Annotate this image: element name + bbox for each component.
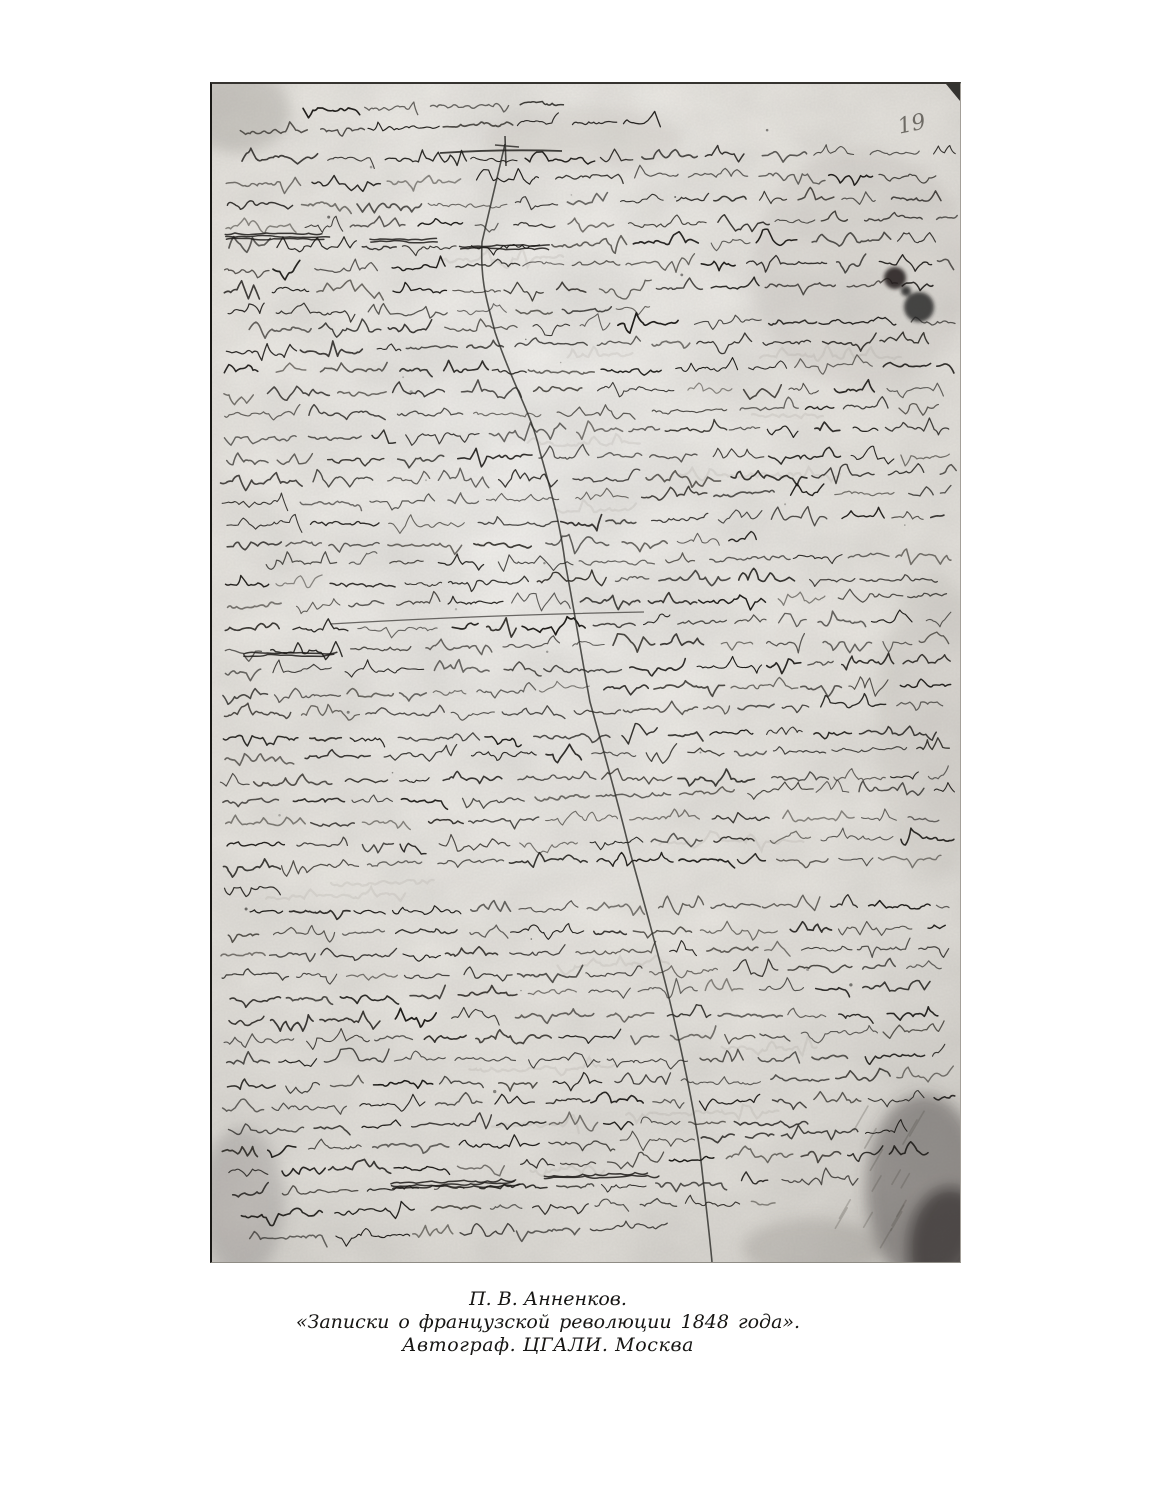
book-page: 19 П. В. Анненков. «Записки о французско… [0, 0, 1176, 1500]
caption-title: «Записки о французской революции 1848 го… [0, 1311, 1096, 1334]
caption: П. В. Анненков. «Записки о французской р… [0, 1288, 1096, 1357]
caption-author: П. В. Анненков. [0, 1288, 1096, 1311]
manuscript-handwriting-canvas: 19 [212, 84, 960, 1262]
caption-source: Автограф. ЦГАЛИ. Москва [0, 1334, 1096, 1357]
manuscript-photo: 19 [210, 82, 961, 1263]
